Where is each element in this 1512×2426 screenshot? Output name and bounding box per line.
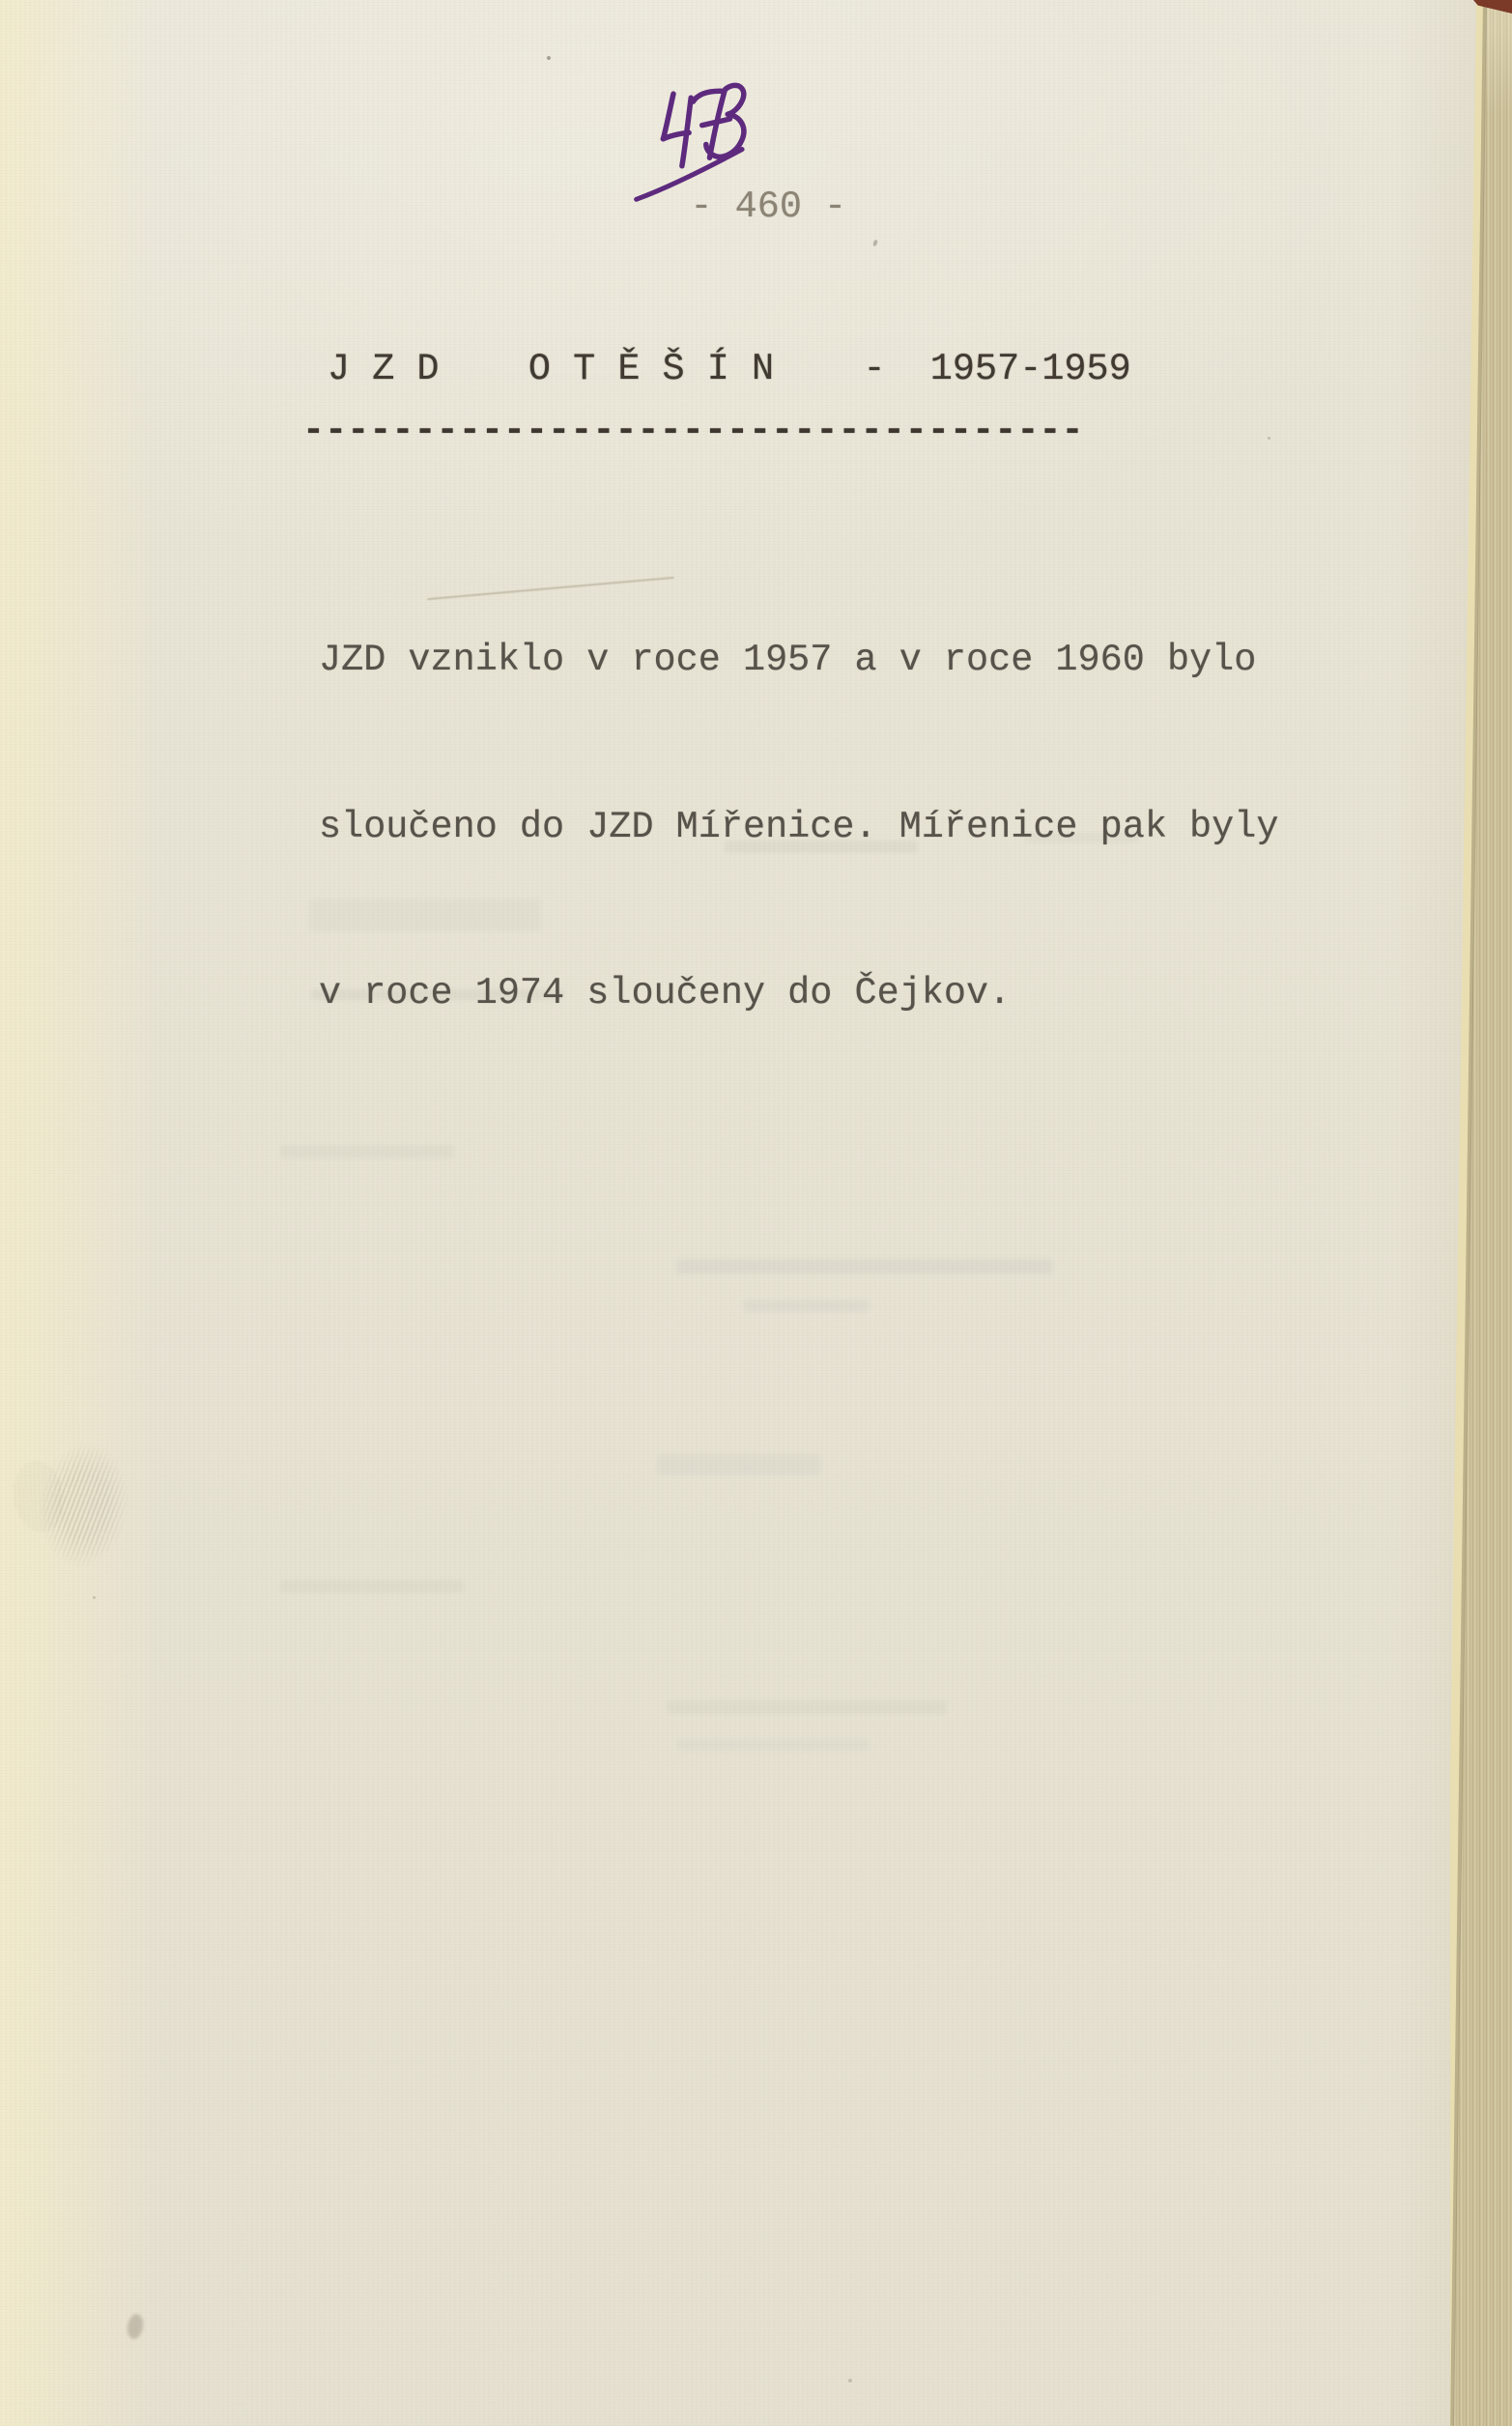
- dust-speck: [93, 1596, 96, 1599]
- digit-stroke: [701, 119, 729, 126]
- dust-speck: [848, 2379, 852, 2383]
- paragraph-line: JZD vzniklo v roce 1957 a v roce 1960 by…: [319, 633, 1278, 689]
- paragraph-line: sloučeno do JZD Mířenice. Mířenice pak b…: [319, 800, 1278, 856]
- ghost-mark: [744, 1299, 870, 1312]
- handwritten-page-number: [613, 72, 778, 208]
- scanned-page: -460- J Z D O T Ě Š Í N - 1957-1959 ----…: [0, 0, 1512, 2426]
- ghost-mark: [280, 1580, 464, 1593]
- page-number-dash-right: -: [824, 186, 846, 228]
- ghost-mark: [676, 1739, 870, 1751]
- page-heading: J Z D O T Ě Š Í N - 1957-1959: [328, 348, 1131, 390]
- ghost-mark: [667, 1700, 947, 1714]
- digit-stroke: [661, 94, 675, 139]
- heading-underline: -----------------------------------: [302, 410, 1084, 452]
- book-fore-edge: [1450, 0, 1512, 2426]
- paragraph-line: v roce 1974 sloučeny do Čejkov.: [319, 966, 1278, 1022]
- ghost-mark: [657, 1454, 821, 1475]
- ink-smudge: [126, 2313, 145, 2340]
- dust-speck: [872, 240, 878, 247]
- strikethrough-stroke: [634, 150, 744, 200]
- ghost-mark: [280, 1145, 454, 1158]
- dust-speck: [1268, 437, 1270, 440]
- dust-speck: [547, 56, 551, 60]
- ghost-mark: [676, 1259, 1053, 1274]
- body-paragraph: JZD vzniklo v roce 1957 a v roce 1960 by…: [319, 522, 1278, 1133]
